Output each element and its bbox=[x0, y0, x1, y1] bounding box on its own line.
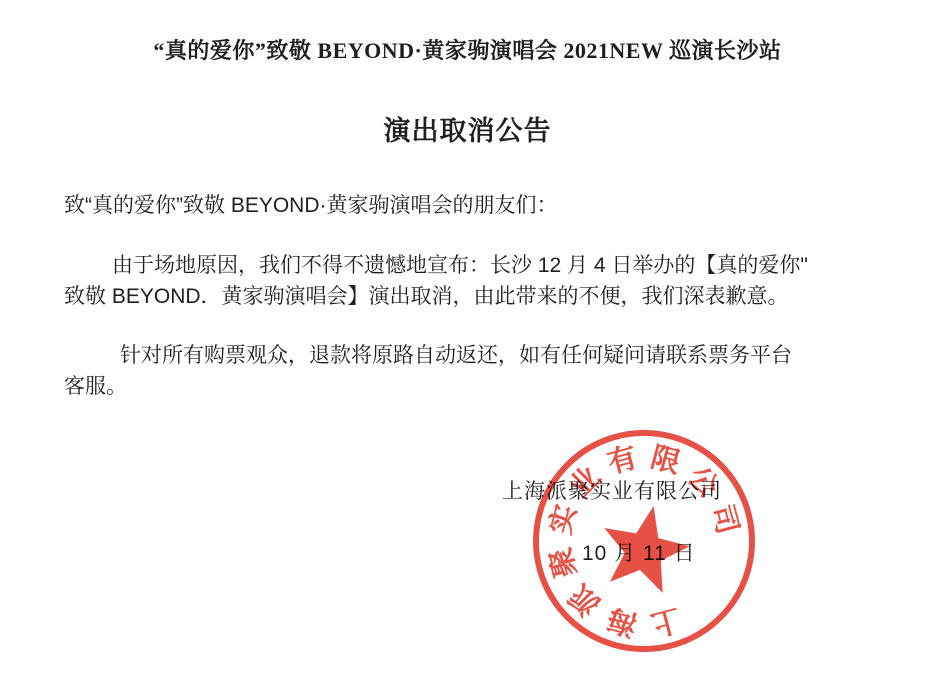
document-subtitle: 演出取消公告 bbox=[0, 112, 935, 150]
seal-character: 海 bbox=[603, 602, 641, 642]
greeting-line: 致“真的爱你”致敬 BEYOND·黄家驹演唱会的朋友们： bbox=[64, 190, 883, 221]
seal-character: 派 bbox=[563, 578, 607, 622]
paragraph-line: 由于场地原因，我们不得不遗憾地宣布：长沙 12 月 4 日举办的【真的爱你" bbox=[64, 250, 883, 281]
signature-company-name: 上海派聚实业有限公司 bbox=[502, 476, 883, 507]
announcement-document: “真的爱你”致敬 BEYOND·黄家驹演唱会 2021NEW 巡演长沙站 演出取… bbox=[0, 0, 935, 695]
paragraph-line: 客服。 bbox=[64, 371, 883, 402]
paragraph-line: 针对所有购票观众，退款将原路自动返还，如有任何疑问请联系票务平台 bbox=[64, 340, 883, 371]
document-title: “真的爱你”致敬 BEYOND·黄家驹演唱会 2021NEW 巡演长沙站 bbox=[0, 0, 935, 66]
paragraph-cancellation: 由于场地原因，我们不得不遗憾地宣布：长沙 12 月 4 日举办的【真的爱你" 致… bbox=[64, 250, 883, 312]
signature-date: 10 月 11 日 bbox=[582, 538, 883, 569]
paragraph-line: 致敬 BEYOND．黄家驹演唱会】演出取消，由此带来的不便，我们深表歉意。 bbox=[64, 281, 883, 312]
seal-character: 上 bbox=[647, 602, 684, 641]
document-body: 致“真的爱你”致敬 BEYOND·黄家驹演唱会的朋友们： 由于场地原因，我们不得… bbox=[64, 190, 883, 569]
paragraph-refund: 针对所有购票观众，退款将原路自动返还，如有任何疑问请联系票务平台 客服。 bbox=[64, 340, 883, 402]
